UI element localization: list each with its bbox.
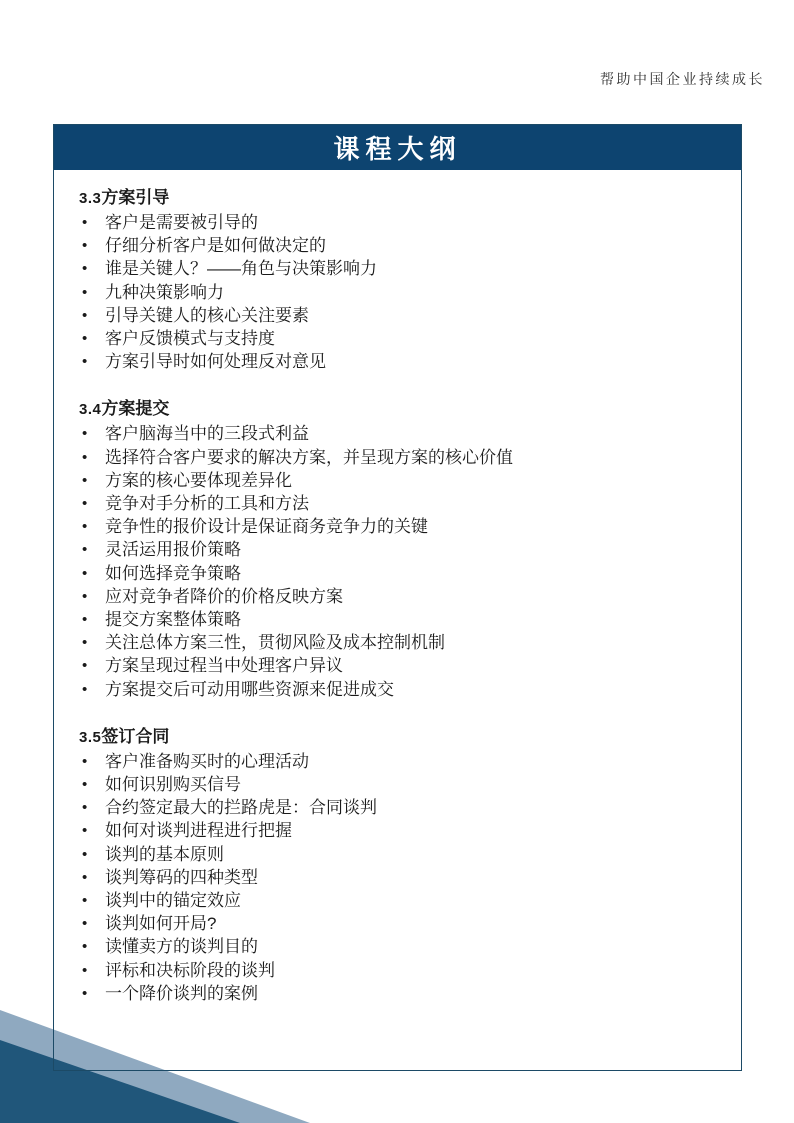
bullet-text: 客户准备购买时的心理活动: [105, 750, 717, 773]
bullet-item: •谈判中的锚定效应: [79, 889, 717, 912]
bullet-item: •客户准备购买时的心理活动: [79, 750, 717, 773]
bullet-item: •应对竞争者降价的价格反映方案: [79, 585, 717, 608]
section-3-4: 3.4方案提交 •客户脑海当中的三段式利益•选择符合客户要求的解决方案，并呈现方…: [79, 397, 717, 700]
bullet-text: 谈判的基本原则: [105, 843, 717, 866]
bullet-marker: •: [79, 796, 105, 819]
bullet-text: 方案提交后可动用哪些资源来促进成交: [105, 678, 717, 701]
bullet-item: •如何对谈判进程进行把握: [79, 819, 717, 842]
bullet-text: 仔细分析客户是如何做决定的: [105, 234, 717, 257]
bullet-text: 竞争对手分析的工具和方法: [105, 492, 717, 515]
section-3-5: 3.5签订合同 •客户准备购买时的心理活动•如何识别购买信号•合约签定最大的拦路…: [79, 725, 717, 1005]
page-tagline: 帮助中国企业持续成长: [600, 69, 765, 89]
bullet-item: •关注总体方案三性，贯彻风险及成本控制机制: [79, 631, 717, 654]
bullet-marker: •: [79, 350, 105, 373]
bullet-marker: •: [79, 585, 105, 608]
section-3-3: 3.3方案引导 •客户是需要被引导的•仔细分析客户是如何做决定的•谁是关键人？—…: [79, 186, 717, 373]
bullet-marker: •: [79, 750, 105, 773]
bullet-list: •客户脑海当中的三段式利益•选择符合客户要求的解决方案，并呈现方案的核心价值•方…: [79, 422, 717, 700]
bullet-marker: •: [79, 234, 105, 257]
bullet-marker: •: [79, 959, 105, 982]
bullet-text: 竞争性的报价设计是保证商务竞争力的关键: [105, 515, 717, 538]
bullet-text: 方案呈现过程当中处理客户异议: [105, 654, 717, 677]
bullet-marker: •: [79, 257, 105, 280]
bullet-marker: •: [79, 889, 105, 912]
section-title: 方案引导: [101, 188, 169, 207]
bullet-marker: •: [79, 538, 105, 561]
bullet-marker: •: [79, 819, 105, 842]
section-heading: 3.4方案提交: [79, 397, 717, 421]
bullet-text: 如何识别购买信号: [105, 773, 717, 796]
bullet-text: 谈判中的锚定效应: [105, 889, 717, 912]
section-heading: 3.5签订合同: [79, 725, 717, 749]
bullet-marker: •: [79, 912, 105, 935]
bullet-item: •客户反馈模式与支持度: [79, 327, 717, 350]
bullet-item: •引导关键人的核心关注要素: [79, 304, 717, 327]
page-title: 课程大纲: [333, 129, 461, 166]
bullet-item: •评标和决标阶段的谈判: [79, 959, 717, 982]
bullet-list: •客户是需要被引导的•仔细分析客户是如何做决定的•谁是关键人？——角色与决策影响…: [79, 211, 717, 373]
bullet-item: •方案的核心要体现差异化: [79, 469, 717, 492]
section-heading: 3.3方案引导: [79, 186, 717, 210]
bullet-text: 合约签定最大的拦路虎是：合同谈判: [105, 796, 717, 819]
bullet-marker: •: [79, 562, 105, 585]
bullet-item: •合约签定最大的拦路虎是：合同谈判: [79, 796, 717, 819]
course-outline-box: 课程大纲 3.3方案引导 •客户是需要被引导的•仔细分析客户是如何做决定的•谁是…: [53, 124, 742, 1071]
bullet-marker: •: [79, 773, 105, 796]
bullet-text: 客户反馈模式与支持度: [105, 327, 717, 350]
bullet-text: 如何选择竞争策略: [105, 562, 717, 585]
bullet-text: 读懂卖方的谈判目的: [105, 935, 717, 958]
bullet-marker: •: [79, 281, 105, 304]
bullet-text: 一个降价谈判的案例: [105, 982, 717, 1005]
bullet-marker: •: [79, 211, 105, 234]
course-outline-body: 3.3方案引导 •客户是需要被引导的•仔细分析客户是如何做决定的•谁是关键人？—…: [54, 170, 741, 1005]
bullet-marker: •: [79, 446, 105, 469]
bullet-marker: •: [79, 654, 105, 677]
bullet-text: 如何对谈判进程进行把握: [105, 819, 717, 842]
bullet-text: 方案的核心要体现差异化: [105, 469, 717, 492]
bullet-item: •仔细分析客户是如何做决定的: [79, 234, 717, 257]
bullet-item: •选择符合客户要求的解决方案，并呈现方案的核心价值: [79, 446, 717, 469]
bullet-item: •谈判筹码的四种类型: [79, 866, 717, 889]
section-title: 签订合同: [101, 727, 169, 746]
bullet-item: •如何选择竞争策略: [79, 562, 717, 585]
bullet-text: 谈判如何开局?: [105, 912, 717, 935]
section-number: 3.4: [79, 401, 101, 418]
bullet-text: 评标和决标阶段的谈判: [105, 959, 717, 982]
title-bar: 课程大纲: [54, 125, 741, 170]
bullet-marker: •: [79, 492, 105, 515]
bullet-list: •客户准备购买时的心理活动•如何识别购买信号•合约签定最大的拦路虎是：合同谈判•…: [79, 750, 717, 1005]
bullet-item: •谈判如何开局?: [79, 912, 717, 935]
bullet-text: 方案引导时如何处理反对意见: [105, 350, 717, 373]
bullet-item: •方案呈现过程当中处理客户异议: [79, 654, 717, 677]
document-page: 帮助中国企业持续成长 课程大纲 3.3方案引导 •客户是需要被引导的•仔细分析客…: [0, 0, 794, 1123]
bullet-item: •竞争性的报价设计是保证商务竞争力的关键: [79, 515, 717, 538]
bullet-text: 客户是需要被引导的: [105, 211, 717, 234]
bullet-marker: •: [79, 935, 105, 958]
bullet-text: 谁是关键人？——角色与决策影响力: [105, 257, 717, 280]
bullet-marker: •: [79, 422, 105, 445]
section-number: 3.5: [79, 729, 101, 746]
bullet-item: •提交方案整体策略: [79, 608, 717, 631]
bullet-text: 应对竞争者降价的价格反映方案: [105, 585, 717, 608]
section-title: 方案提交: [101, 399, 169, 418]
bullet-text: 关注总体方案三性，贯彻风险及成本控制机制: [105, 631, 717, 654]
bullet-text: 选择符合客户要求的解决方案，并呈现方案的核心价值: [105, 446, 717, 469]
bullet-item: •如何识别购买信号: [79, 773, 717, 796]
bullet-marker: •: [79, 866, 105, 889]
bullet-text: 灵活运用报价策略: [105, 538, 717, 561]
bullet-text: 谈判筹码的四种类型: [105, 866, 717, 889]
bullet-item: •谁是关键人？——角色与决策影响力: [79, 257, 717, 280]
bullet-item: •谈判的基本原则: [79, 843, 717, 866]
bullet-marker: •: [79, 982, 105, 1005]
bullet-item: •方案提交后可动用哪些资源来促进成交: [79, 678, 717, 701]
bullet-marker: •: [79, 327, 105, 350]
bullet-text: 九种决策影响力: [105, 281, 717, 304]
bullet-item: •客户脑海当中的三段式利益: [79, 422, 717, 445]
bullet-item: •竞争对手分析的工具和方法: [79, 492, 717, 515]
bullet-item: •九种决策影响力: [79, 281, 717, 304]
bullet-item: •读懂卖方的谈判目的: [79, 935, 717, 958]
bullet-text: 提交方案整体策略: [105, 608, 717, 631]
bullet-marker: •: [79, 469, 105, 492]
bullet-marker: •: [79, 843, 105, 866]
bullet-marker: •: [79, 631, 105, 654]
bullet-item: •方案引导时如何处理反对意见: [79, 350, 717, 373]
bullet-marker: •: [79, 304, 105, 327]
bullet-text: 客户脑海当中的三段式利益: [105, 422, 717, 445]
bullet-text: 引导关键人的核心关注要素: [105, 304, 717, 327]
bullet-marker: •: [79, 678, 105, 701]
bullet-item: •一个降价谈判的案例: [79, 982, 717, 1005]
bullet-marker: •: [79, 608, 105, 631]
section-number: 3.3: [79, 190, 101, 207]
bullet-marker: •: [79, 515, 105, 538]
bullet-item: •灵活运用报价策略: [79, 538, 717, 561]
bullet-item: •客户是需要被引导的: [79, 211, 717, 234]
